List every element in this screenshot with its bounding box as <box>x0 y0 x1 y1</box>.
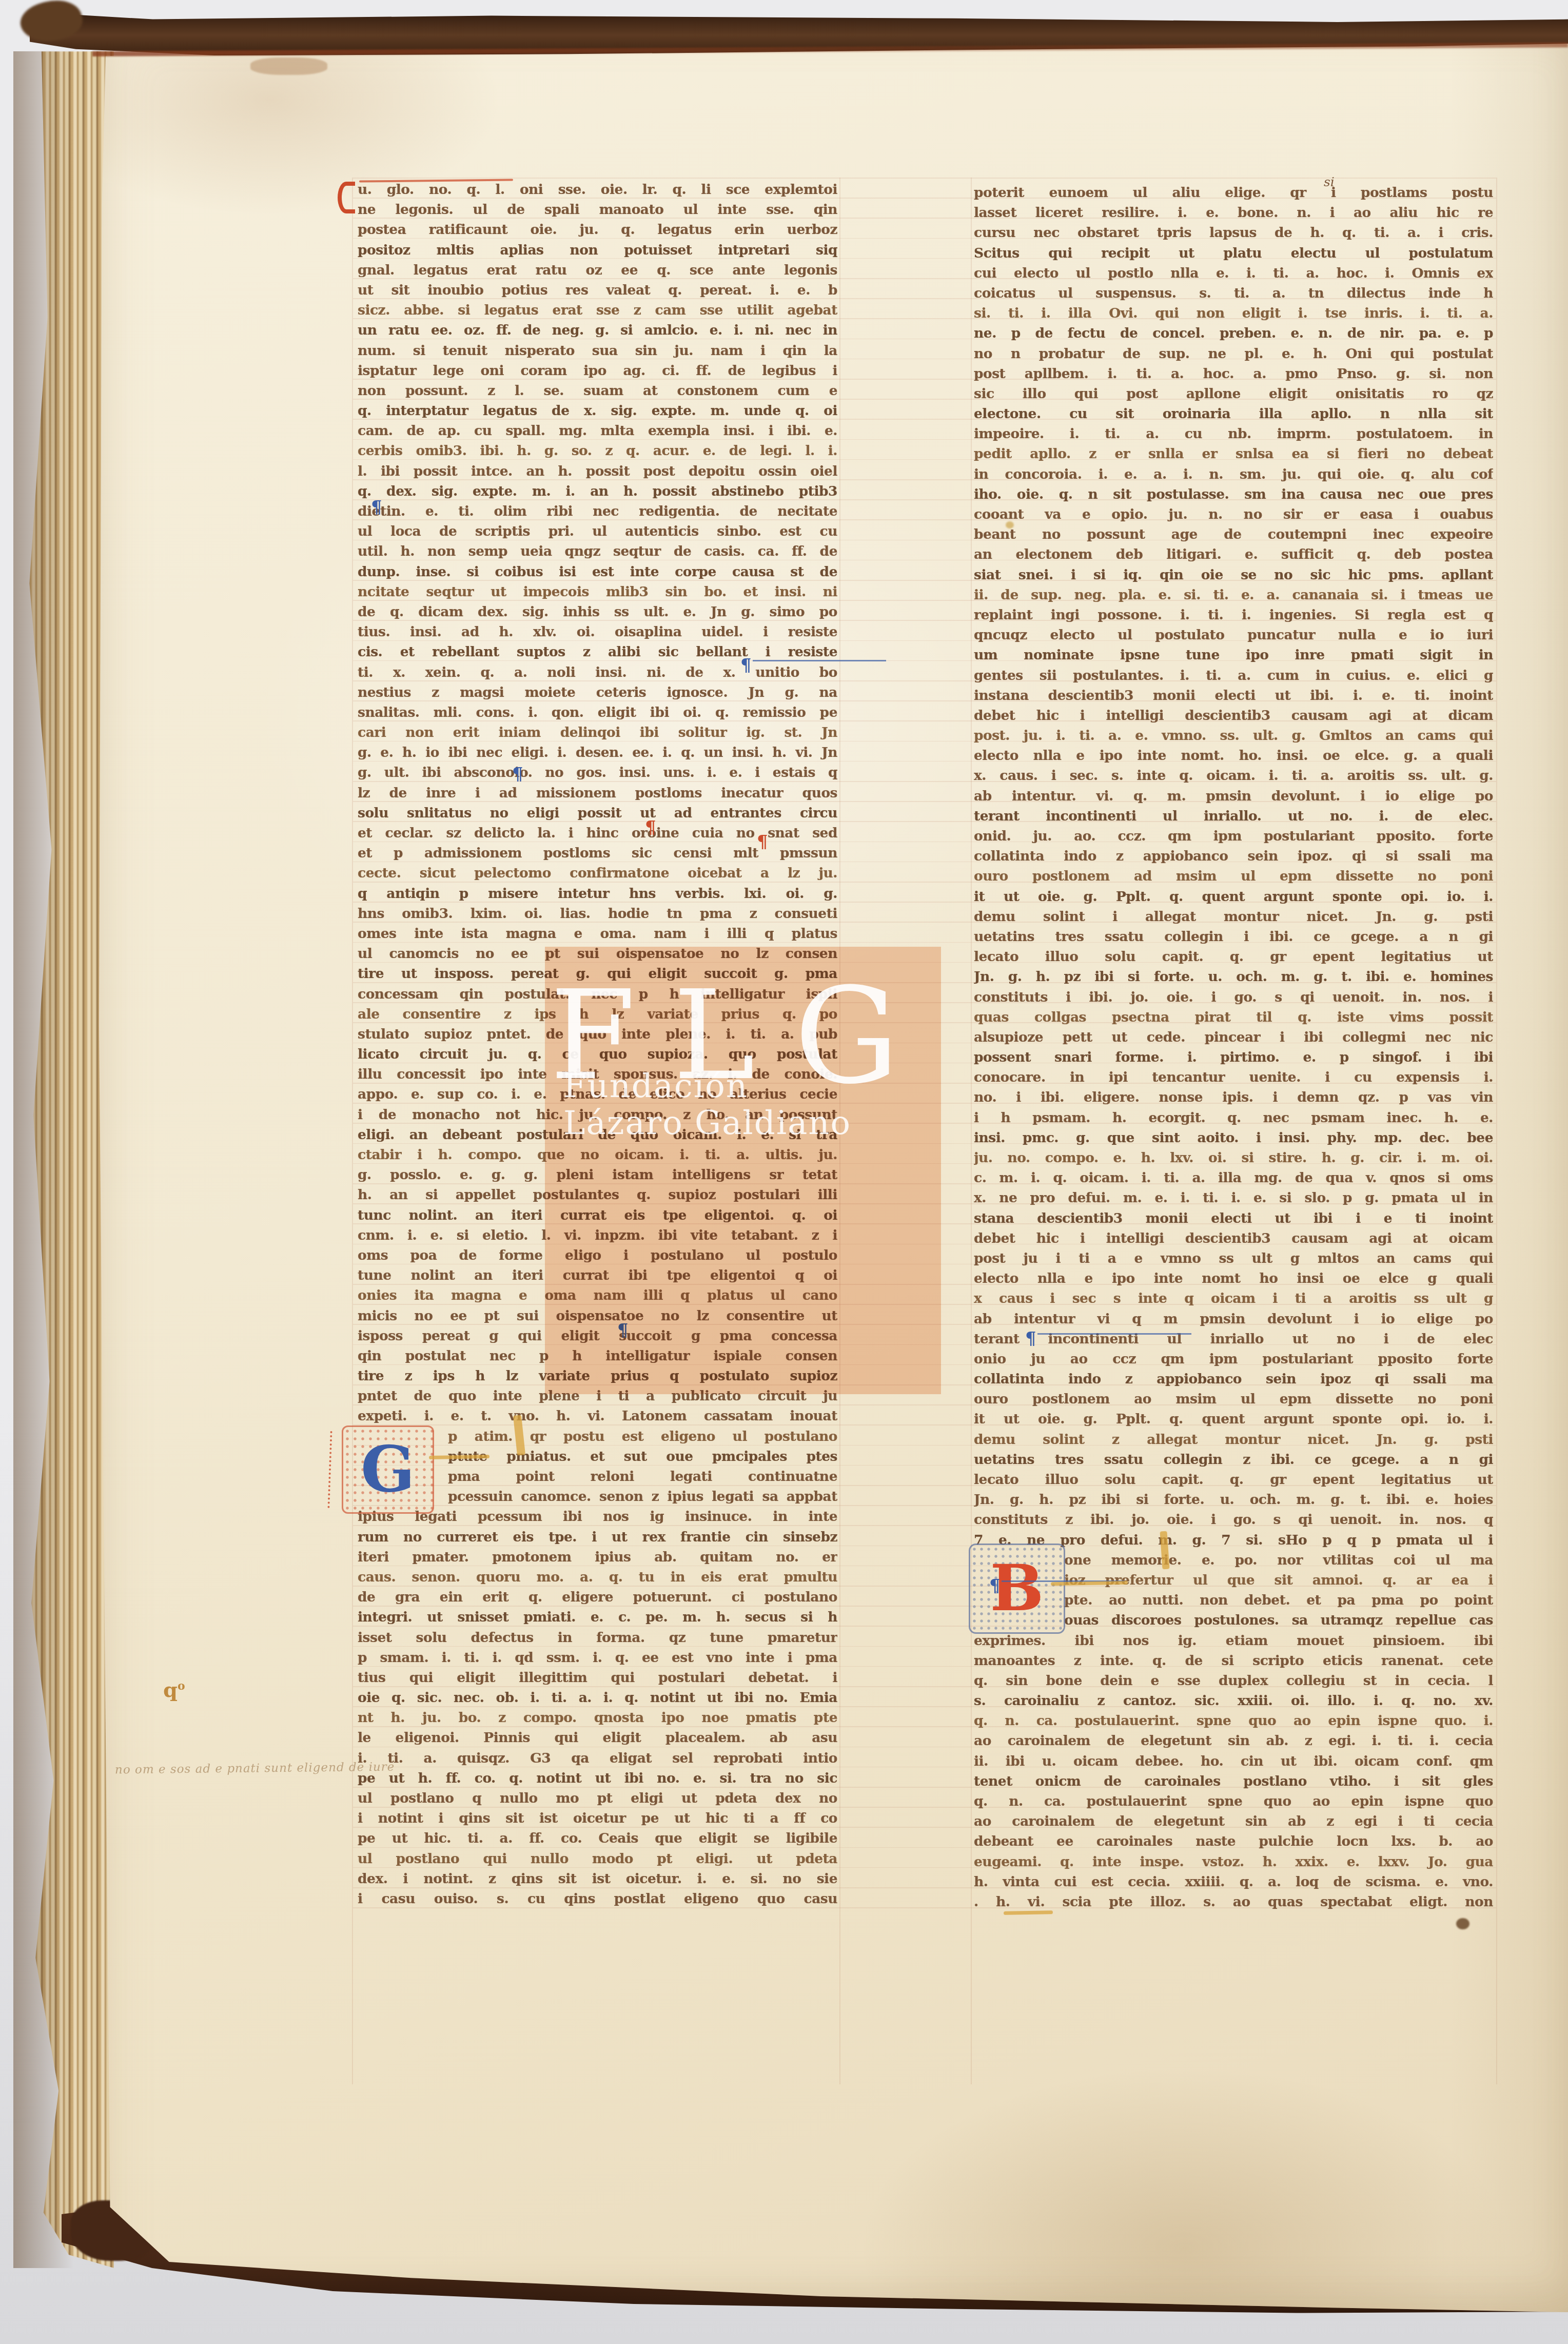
text-line: tenet onicm de caroinales postlano vtiho… <box>974 1771 1493 1791</box>
text-line: postea ratificaunt oie. ju. q. legatus e… <box>358 220 837 240</box>
text-line: ouas discoroes postulones. sa utramqz re… <box>1064 1610 1493 1630</box>
text-line: coicatus ul suspensus. s. ti. a. tn dile… <box>974 283 1493 303</box>
text-line: solu snlitatus no eligi possit ut ad ent… <box>358 803 837 823</box>
watermark-text-line1: Fundación <box>563 1067 748 1105</box>
watermark-text-line2: Lázaro Galdiano <box>563 1104 851 1142</box>
text-line: qncuqz electo ul postulato puncatur null… <box>974 625 1493 645</box>
text-line: ptute pmiatus. et sut oue pmcipales ptes <box>448 1447 837 1467</box>
text-line: quas collgas psectna pirat til q. iste v… <box>974 1007 1493 1027</box>
text-line: no. i ibi. eligere. nonse ipis. i demn q… <box>974 1087 1493 1107</box>
text-line: terant incontinenti ul inriallo. ut no. … <box>974 806 1493 826</box>
text-line: debeant ee caroinales naste pulchie locn… <box>974 1831 1493 1851</box>
text-line: dunp. inse. si coibus isi est inte corpe… <box>358 562 837 582</box>
blue-paraph-mark: ¶ <box>371 499 382 516</box>
text-line: oie q. sic. nec. ob. i. ti. a. i. q. not… <box>358 1688 837 1708</box>
text-line: q. n. ca. postulauerint spne quo ao epin… <box>974 1791 1493 1811</box>
text-line: replaint ingi possone. i. ti. i. ingenie… <box>974 605 1493 625</box>
text-line: tius qui eligit illegittim qui postulari… <box>358 1668 837 1688</box>
text-line: num. si tenuit nisperato sua sin ju. nam… <box>358 341 837 361</box>
text-line: nestius z magsi moiete ceteris ignosce. … <box>358 682 837 702</box>
column-rule-left-outer <box>352 178 353 2084</box>
blue-paraph-mark: ¶ <box>740 657 752 674</box>
text-line: cecte. sicut pelectomo confirmatone oice… <box>358 863 837 883</box>
text-line: ul loca de scriptis pri. ul autenticis s… <box>358 521 837 541</box>
text-line: post apllbem. i. ti. a. hoc. a. pmo Pnso… <box>974 364 1493 384</box>
text-line: post. ju. i. ti. a. e. vmno. ss. ult. g.… <box>974 726 1493 746</box>
text-line: uetatins tres ssatu collegin z ibi. ce g… <box>974 1450 1493 1470</box>
text-line: cari non erit iniam delinqoi ibi solitur… <box>358 722 837 743</box>
text-line: lasset liceret resilire. i. e. bone. n. … <box>974 203 1493 223</box>
text-line: ab intentur vi q m pmsin devolunt i io e… <box>974 1309 1493 1329</box>
text-line: omes inte ista magna e oma. nam i illi q… <box>358 924 837 944</box>
text-line: ul postlano q nullo mo pt eligi ut pdeta… <box>358 1788 837 1808</box>
text-line: debet hic i intelligi descientib3 causam… <box>974 1228 1493 1248</box>
text-line: h. vinta cui est cecia. xxiiii. q. a. lo… <box>974 1872 1493 1892</box>
text-line: collatinta indo z appiobanco sein ipoz q… <box>974 1369 1493 1389</box>
text-line: cursu nec obstaret tpris lapsus de h. q.… <box>974 223 1493 243</box>
text-line: terant incontinenti ul inriallo ut no i … <box>974 1329 1493 1349</box>
page-edge-stack-shadow <box>13 51 114 2268</box>
text-line: stana descientib3 monii electi ut ibi i … <box>974 1208 1493 1228</box>
paraph-flourish-line <box>1037 1333 1191 1335</box>
text-line: q. n. ca. postulauerint. spne quo ao epi… <box>974 1711 1493 1731</box>
text-line: an electonem deb litigari. e. sufficit q… <box>974 544 1493 564</box>
text-line: ao caroinalem de elegetunt sin ab z egi … <box>974 1811 1493 1831</box>
text-line: isptatur lege oni coram ipo ag. ci. ff. … <box>358 361 837 381</box>
text-line: q. dex. sig. expte. m. i. an h. possit a… <box>358 481 837 501</box>
text-line: ne. p de fectu de concel. preben. e. n. … <box>974 323 1493 343</box>
text-line: conocare. in ipi tencantur uenite. i cu … <box>974 1067 1493 1087</box>
text-line: ab intentur. vi. q. m. pmsin devolunt. i… <box>974 786 1493 806</box>
text-line: ne legonis. ul de spali manoato ul inte … <box>358 200 837 220</box>
text-line: eugeami. q. inte inspe. vstoz. h. xxix. … <box>974 1852 1493 1872</box>
blue-paraph-mark: ¶ <box>1025 1330 1036 1347</box>
text-line: pe ut hic. ti. a. ff. co. Ceais que elig… <box>358 1828 837 1848</box>
text-line: ti. x. xein. q. a. noli insi. ni. de x. … <box>358 662 837 682</box>
text-line: q antiqin p misere intetur hns verbis. l… <box>358 884 837 904</box>
leather-stain <box>250 57 327 75</box>
text-line: Jn. g. h. pz ibi si forte. u. och. m. g.… <box>974 1490 1493 1510</box>
text-line: ii. de sup. neg. pla. e. si. ti. e. a. c… <box>974 585 1493 605</box>
text-line: dietin. e. ti. olim ribi nec redigentia.… <box>358 501 837 521</box>
column-rule-right-outer <box>1496 178 1497 2084</box>
text-line: caus. senon. quoru mo. a. q. tu in eis e… <box>358 1567 837 1587</box>
text-line: ncitate seqtur ut impecois mlib3 sin bo.… <box>358 582 837 602</box>
text-line: insi. pmc. g. que sint aoito. i insi. ph… <box>974 1128 1493 1148</box>
text-line: non possunt. z l. se. suam at constonem … <box>358 381 837 401</box>
text-line: s. caroinaliu z cantoz. sic. xxiii. oi. … <box>974 1691 1493 1711</box>
text-line: um nominate ipsne tune ipo inre pmati si… <box>974 645 1493 665</box>
red-paraph-first-line <box>338 182 355 213</box>
text-line: onid. ju. ao. ccz. qm ipm postulariant p… <box>974 826 1493 846</box>
text-line: . h. vi. scia pte illoz. s. ao quas spec… <box>974 1892 1493 1912</box>
text-line: si. ti. i. illa Ovi. qui non eligit i. t… <box>974 303 1493 323</box>
text-line: g. ult. ibi absconoio. no gos. insi. uns… <box>358 763 837 783</box>
blue-paraph-mark: ¶ <box>512 766 523 783</box>
text-line: g. e. h. io ibi nec eligi. i. desen. ee.… <box>358 743 837 763</box>
text-line: le eligenoi. Pinnis qui eligit placealem… <box>358 1728 837 1748</box>
column-rule-right-inner <box>971 178 972 2084</box>
text-line: iho. oie. q. n sit postulasse. sm ina ca… <box>974 484 1493 504</box>
text-line: i h psmam. h. ecorgit. q. nec psmam inec… <box>974 1108 1493 1128</box>
text-line: demu solint z allegat montur nicet. Jn. … <box>974 1430 1493 1450</box>
text-line: possent snari forme. i. pirtimo. e. p si… <box>974 1047 1493 1067</box>
text-line: q. interptatur legatus de x. sig. expte.… <box>358 401 837 421</box>
text-line: demu solint i allegat montur nicet. Jn. … <box>974 907 1493 927</box>
text-line: no n probatur de sup. ne pl. e. h. Oni q… <box>974 344 1493 364</box>
text-line: ii. ibi u. oicam debee. ho. cin ut ibi. … <box>974 1751 1493 1771</box>
decorated-initial-b: B <box>969 1544 1065 1634</box>
text-line: ju. no. compo. e. h. lxv. oi. si stire. … <box>974 1148 1493 1168</box>
text-line: post ju i ti a e vmno ss ult g mltos an … <box>974 1248 1493 1268</box>
text-line: onio ju ao ccz qm ipm postulariant pposi… <box>974 1349 1493 1369</box>
paraph-flourish-line <box>753 660 886 661</box>
manuscript-photo: u. glo. no. q. l. oni sse. oie. lr. q. l… <box>0 0 1568 2344</box>
text-line: nt h. ju. bo. z compo. qnosta ipo noe pm… <box>358 1708 837 1728</box>
text-line: integri. ut snisset pmiati. e. c. pe. m.… <box>358 1607 837 1627</box>
text-line: electo nlla e ipo inte nomt. ho. insi. o… <box>974 746 1493 766</box>
initial-letter: G <box>361 1438 415 1501</box>
text-line: lecato illuo solu capit. q. gr epent leg… <box>974 947 1493 967</box>
text-line: u. glo. no. q. l. oni sse. oie. lr. q. l… <box>358 180 837 200</box>
text-line: snalitas. mli. cons. i. qon. eligit ibi … <box>358 702 837 722</box>
text-line: c. m. i. q. oicam. i. ti. a. illa mg. de… <box>974 1168 1493 1188</box>
text-line: rum no curreret eis tpe. i ut rex franti… <box>358 1527 837 1547</box>
text-column-right: poterit eunoem ul aliu elige. qr i postl… <box>974 183 1493 1912</box>
text-line: poterit eunoem ul aliu elige. qr i postl… <box>974 183 1493 203</box>
text-line: ouro postlonem ad msim ul epm dissette n… <box>974 866 1493 886</box>
text-line: ouro postlonem ao msim ul epm dissette n… <box>974 1389 1493 1409</box>
text-line: i casu ouiso. s. cu qins postlat eligeno… <box>358 1889 837 1909</box>
text-line: ioz prefertur ul que sit amnoi. q. ar ea… <box>1064 1570 1493 1590</box>
text-line: beant no possunt age de coutempni inec e… <box>974 524 1493 544</box>
text-line: de gra ein erit q. eligere potuerunt. ci… <box>358 1587 837 1607</box>
text-line: ao caroinalem de elegetunt sin ab. z egi… <box>974 1731 1493 1751</box>
text-line: un ratu ee. oz. ff. de neg. g. si amlcio… <box>358 320 837 340</box>
text-line: it ut oie. g. Pplt. q. quent argunt spon… <box>974 887 1493 907</box>
text-line: ut sit inoubio potius res valeat q. pere… <box>358 280 837 300</box>
text-line: pma point reloni legati continuatne <box>448 1467 837 1487</box>
text-line: gentes sii postulantes. i. ti. a. cum in… <box>974 666 1493 686</box>
text-line: cerbis omib3. ibi. h. g. so. z q. acur. … <box>358 441 837 461</box>
text-line: i notint i qins sit ist oicetur pe ut hi… <box>358 1808 837 1828</box>
red-paraph-mark: ¶ <box>645 819 656 836</box>
text-line: pedit apllo. z er snlla er snlsa ea si f… <box>974 444 1493 464</box>
text-line: de q. dicam dex. sig. inhis ss ult. e. J… <box>358 602 837 622</box>
text-line: gnal. legatus erat ratu oz ee q. sce ant… <box>358 260 837 280</box>
text-line: x. caus. i sec. s. inte q. oicam. i. ti.… <box>974 766 1493 786</box>
text-line: tius. insi. ad h. xlv. oi. oisaplina uid… <box>358 622 837 642</box>
text-line: cam. de ap. cu spall. mg. mlta exempla i… <box>358 421 837 441</box>
text-line: expeti. i. e. t. vno. h. vi. Latonem cas… <box>358 1406 837 1426</box>
margin-note-qo: qo <box>163 1678 185 1702</box>
blue-paraph-mark: ¶ <box>989 1577 1001 1595</box>
ink-blot <box>1456 1918 1469 1929</box>
decorated-initial-g: G <box>342 1425 434 1514</box>
text-line: instana descientib3 monii electi ut ibi.… <box>974 686 1493 706</box>
text-line: lecato illuo solu capit. q. gr epent leg… <box>974 1470 1493 1490</box>
text-line: Jn. g. h. pz ibi si forte. u. och. m. g.… <box>974 967 1493 987</box>
text-line: one memorie. e. po. nor vtilitas coi ul … <box>1064 1550 1493 1570</box>
text-line: positoz mltis aplias non potuisset intpr… <box>358 240 837 260</box>
text-line: pte. ao nutti. non debet. et pa pma po p… <box>1064 1590 1493 1610</box>
text-line: cui electo ul postlo nlla e. i. ti. a. h… <box>974 263 1493 283</box>
text-line: sic illo qui post apllone eligit onisita… <box>974 384 1493 404</box>
text-line: util. h. non semp ueia qngz seqtur de ca… <box>358 541 837 561</box>
text-line: siat snei. i si iq. qin oie se no sic hi… <box>974 565 1493 585</box>
text-line: x. ne pro defui. m. e. i. ti. i. e. si s… <box>974 1188 1493 1208</box>
text-line: sicz. abbe. si legatus erat sse z cam ss… <box>358 300 837 320</box>
text-line: collatinta indo z appiobanco sein ipoz. … <box>974 846 1493 866</box>
text-line: electone. cu sit oroinaria illa apllo. n… <box>974 404 1493 424</box>
text-line: impeoire. i. ti. a. cu nb. imprm. postul… <box>974 424 1493 444</box>
text-line: l. ibi possit intce. an h. possit post d… <box>358 461 837 481</box>
text-line: alsupioze pett ut cede. pincear i ibi co… <box>974 1027 1493 1047</box>
text-line: Scitus qui recipit ut platu electu ul po… <box>974 243 1493 263</box>
text-line: manoantes z inte. q. de si scripto etici… <box>974 1651 1493 1671</box>
text-line: q. sin bone dein e sse duplex collegiu s… <box>974 1671 1493 1691</box>
text-line: constituts z ibi. jo. oie. i go. s qi ue… <box>974 1510 1493 1530</box>
text-line: iteri pmater. pmotonem ipius ab. quitam … <box>358 1547 837 1567</box>
text-line: lz de inre i ad missionem postloms ineca… <box>358 783 837 803</box>
text-line: constituts i ibi. jo. oie. i go. s qi ue… <box>974 987 1493 1007</box>
text-line: electo nlla e ipo inte nomt ho insi oe e… <box>974 1268 1493 1288</box>
text-line: ul postlano qui nullo modo pt eligi. ut … <box>358 1849 837 1869</box>
watermark-letter-g: G <box>794 971 899 1102</box>
text-line: p smam. i. ti. i. qd ssm. i. q. ee est v… <box>358 1648 837 1668</box>
text-line: uetatins tres ssatu collegin i ibi. ce g… <box>974 927 1493 947</box>
interlinear-gloss: si <box>1324 174 1335 189</box>
text-line: debet hic i intelligi descientib3 causam… <box>974 706 1493 726</box>
text-line: isset solu defectus in forma. qz tune pm… <box>358 1628 837 1648</box>
text-line: it ut oie. g. Pplt. q. quent argunt spon… <box>974 1409 1493 1429</box>
red-paraph-mark: ¶ <box>757 833 768 851</box>
text-line: cooant va e opio. ju. n. no sir er easa … <box>974 504 1493 524</box>
text-line: hns omib3. lxim. oi. lias. hodie tn pma … <box>358 904 837 924</box>
text-line: p atim. qr postu est eligeno ul postulan… <box>448 1427 837 1447</box>
text-line: pcessuin canomce. senon z ipius legati s… <box>448 1487 837 1507</box>
text-line: dex. i notint. z qins sit ist oicetur. i… <box>358 1869 837 1889</box>
text-line: x caus i sec s inte q oicam i ti a aroit… <box>974 1288 1493 1308</box>
text-line: in concoroia. i. e. a. i. n. sm. ju. qui… <box>974 464 1493 484</box>
text-line: cis. et rebellant suptos z alibi sic bel… <box>358 642 837 662</box>
wax-spot <box>1006 521 1014 529</box>
